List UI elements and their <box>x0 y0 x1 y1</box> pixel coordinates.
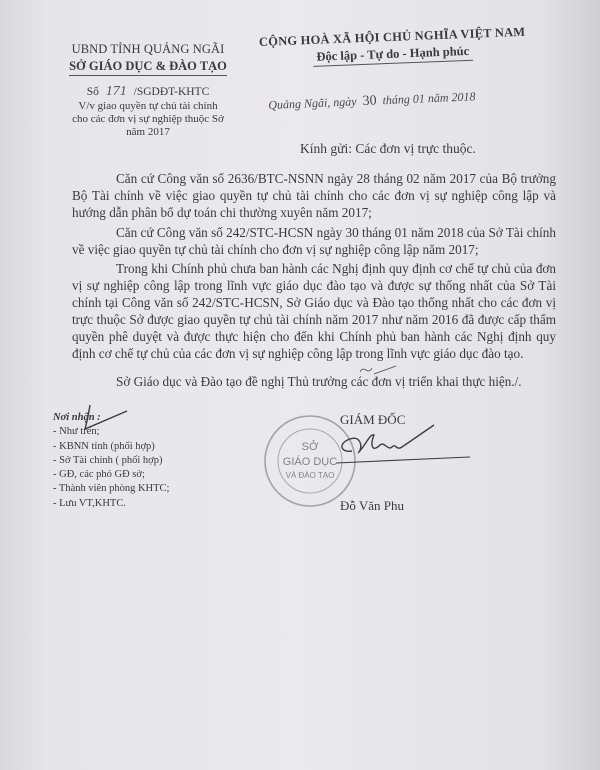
org-name: SỞ GIÁO DỤC & ĐÀO TẠO <box>69 59 227 76</box>
svg-text:VÀ ĐÀO TẠO: VÀ ĐÀO TẠO <box>286 471 335 480</box>
national-header: CỘNG HOÀ XÃ HỘI CHỦ NGHĨA VIỆT NAM Độc l… <box>232 24 553 70</box>
handwritten-initial <box>358 362 398 378</box>
subject-line-2: cho các đơn vị sự nghiệp thuộc Sở <box>58 113 238 126</box>
date-day: 30 <box>362 93 377 109</box>
place-date-prefix: Quảng Ngãi, ngày <box>268 94 357 112</box>
handwritten-signature <box>330 423 470 483</box>
ref-prefix: Số <box>87 86 99 98</box>
parent-org: UBND TỈNH QUẢNG NGÃI <box>58 42 238 57</box>
body-paragraph-2: Căn cứ Công văn số 242/STC-HCSN ngày 30 … <box>72 224 556 263</box>
reference-number: Số 171 /SGDĐT-KHTC <box>58 84 238 100</box>
paragraph-text: Căn cứ Công văn số 2636/BTC-NSNN ngày 28… <box>72 170 556 221</box>
national-motto: Độc lập - Tự do - Hạnh phúc <box>312 44 473 67</box>
body-paragraph-4: Sở Giáo dục và Đào tạo đề nghị Thủ trưởn… <box>72 373 556 395</box>
recipient-item: - Thành viên phòng KHTC; <box>53 482 169 496</box>
signer-name: Đỗ Văn Phu <box>340 498 404 514</box>
ref-suffix: /SGDĐT-KHTC <box>134 86 210 98</box>
body-paragraph-1: Căn cứ Công văn số 2636/BTC-NSNN ngày 28… <box>72 170 556 226</box>
paragraph-text: Căn cứ Công văn số 242/STC-HCSN ngày 30 … <box>72 224 556 258</box>
recipient-item: - KBNN tỉnh (phối hợp) <box>53 440 169 454</box>
recipient-item: - Lưu VT,KHTC. <box>53 497 169 511</box>
issuer-header: UBND TỈNH QUẢNG NGÃI SỞ GIÁO DỤC & ĐÀO T… <box>58 42 238 139</box>
recipient-item: - Sở Tài chính ( phối hợp) <box>53 454 169 468</box>
subject-line-1: V/v giao quyền tự chủ tài chính <box>58 100 238 113</box>
ref-number: 171 <box>106 84 127 99</box>
recipient-item: - GĐ, các phó GĐ sở; <box>53 468 169 482</box>
paragraph-text: Sở Giáo dục và Đào tạo đề nghị Thủ trưởn… <box>72 373 556 390</box>
paragraph-text: Trong khi Chính phủ chưa ban hành các Ng… <box>72 260 556 362</box>
place-date-suffix: tháng 01 năm 2018 <box>382 89 476 107</box>
place-date: Quảng Ngãi, ngày30tháng 01 năm 2018 <box>268 89 476 114</box>
svg-text:SỞ: SỞ <box>302 440 319 453</box>
document-page: UBND TỈNH QUẢNG NGÃI SỞ GIÁO DỤC & ĐÀO T… <box>0 0 600 770</box>
handwritten-checkmark <box>82 403 132 433</box>
salutation: Kính gửi: Các đơn vị trực thuộc. <box>300 141 476 157</box>
body-paragraph-3: Trong khi Chính phủ chưa ban hành các Ng… <box>72 260 556 367</box>
subject-line-3: năm 2017 <box>58 126 238 139</box>
